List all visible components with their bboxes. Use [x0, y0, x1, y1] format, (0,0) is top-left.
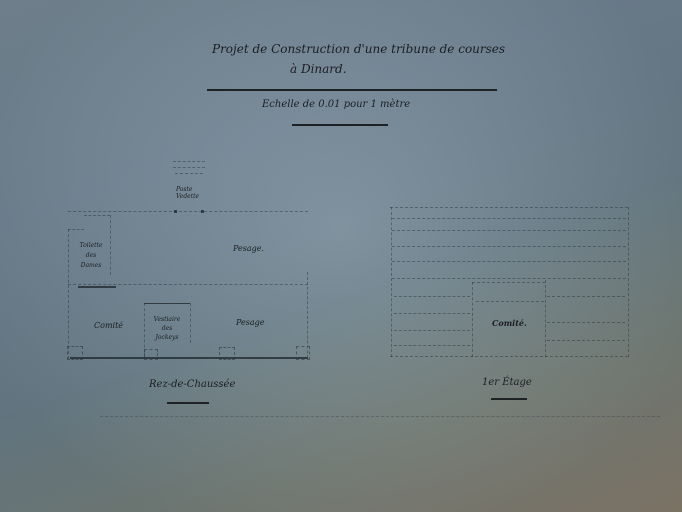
bench-line — [394, 296, 470, 297]
bench-line — [392, 246, 626, 247]
wall-top — [390, 207, 628, 208]
wall — [476, 301, 544, 302]
wall — [472, 282, 473, 357]
bench-line — [394, 330, 470, 331]
sheet-border-line — [100, 416, 660, 417]
wall — [391, 207, 392, 357]
wall-bottom — [390, 356, 628, 357]
first-floor-caption-rule — [491, 398, 527, 400]
bench-line — [392, 218, 626, 219]
wall — [545, 280, 546, 357]
bench-line — [392, 278, 626, 279]
wall — [472, 282, 545, 283]
bench-line — [392, 230, 626, 231]
bench-line — [547, 322, 625, 323]
first-floor-caption: 1er Étage — [482, 377, 532, 388]
bench-line — [392, 261, 626, 262]
bench-line — [394, 345, 470, 346]
wall — [628, 207, 629, 357]
bench-line — [547, 296, 625, 297]
bench-line — [394, 313, 470, 314]
first-floor-plan: Comité. 1er Étage — [0, 0, 682, 512]
room-label-comite-first: Comité. — [492, 318, 527, 328]
bench-line — [547, 340, 625, 341]
